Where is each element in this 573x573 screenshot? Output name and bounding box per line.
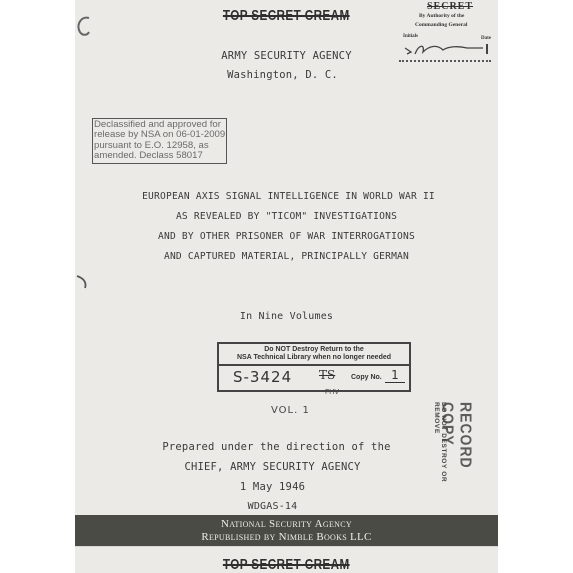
title-line-1: EUROPEAN AXIS SIGNAL INTELLIGENCE IN WOR… [77,191,498,202]
title-line-3: AND BY OTHER PRISONER OF WAR INTERROGATI… [75,231,498,242]
bottom-classification-marking: TOP SECRET CREAM [75,556,498,573]
prepared-line-1: Prepared under the direction of the [75,441,488,453]
library-instruction-line1: Do NOT Destroy Return to the [219,346,409,354]
library-control-box: Do NOT Destroy Return to the NSA Technic… [217,342,411,392]
date-label: Date [481,36,491,41]
agency-name: ARMY SECURITY AGENCY [75,50,498,62]
authority-stamp-marking: SECRET [427,1,473,12]
record-copy-stamp: DO NOT DESTROY OR REMOVE RECORD COPY [437,402,467,516]
edge-mark-icon [75,272,91,292]
initials-label: Initials [403,34,418,39]
title-line-4: AND CAPTURED MATERIAL, PRINCIPALLY GERMA… [75,251,498,262]
publisher-banner: National Security Agency Republished by … [75,515,498,547]
copy-label: Copy No. [351,374,382,381]
volumes-note: In Nine Volumes [75,311,498,322]
library-instruction: Do NOT Destroy Return to the NSA Technic… [219,344,409,366]
volume-label: VOL. 1 [271,405,310,416]
classification-initials: TS [319,368,335,382]
publisher-line-2: Republished by Nimble Books LLC [75,531,498,543]
record-stamp-main: RECORD COPY [439,402,474,516]
authority-stamp-line2: Commanding General [415,22,467,28]
handwritten-initials: FHV [325,389,339,396]
prepared-line-2: CHIEF, ARMY SECURITY AGENCY [75,461,484,473]
prepared-line-3: 1 May 1946 [75,481,484,493]
copy-number: 1 [385,368,405,383]
title-line-2: AS REVEALED BY "TICOM" INVESTIGATIONS [75,211,498,222]
prepared-line-4: WDGAS-14 [75,501,484,512]
authority-stamp-line1: By Authority of the [419,13,464,19]
library-instruction-line2: NSA Technical Library when no longer nee… [219,354,409,362]
declassification-box: Declassified and approved for release by… [92,118,227,164]
document-page: TOP SECRET CREAM SECRET By Authority of … [75,0,498,573]
catalog-number: S-3424 [233,368,292,386]
agency-location: Washington, D. C. [75,69,494,81]
publisher-line-1: National Security Agency [75,518,498,530]
